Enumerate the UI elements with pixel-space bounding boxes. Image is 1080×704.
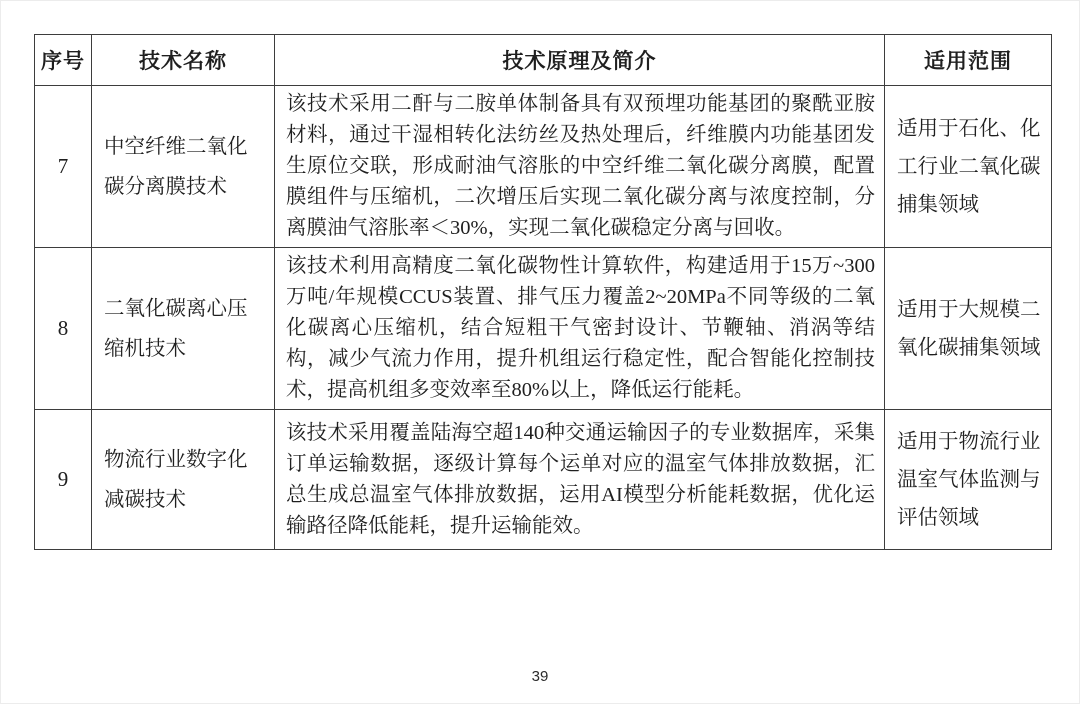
header-serial-number: 序号 [35,35,92,86]
header-technology-name: 技术名称 [92,35,275,86]
row7-serial-number: 7 [35,86,92,248]
page-number: 39 [1,668,1079,685]
row9-principle: 该技术采用覆盖陆海空超140种交通运输因子的专业数据库，采集订单运输数据，逐级计… [275,410,885,550]
document-page: 序号 技术名称 技术原理及简介 适用范围 7 中空纤维二氧化碳分离膜技术 该技术… [0,0,1080,704]
row7-principle: 该技术采用二酐与二胺单体制备具有双预埋功能基团的聚酰亚胺材料，通过干湿相转化法纺… [275,86,885,248]
row7-scope: 适用于石化、化工行业二氧化碳捕集领域 [885,86,1052,248]
row8-principle: 该技术利用高精度二氧化碳物性计算软件，构建适用于15万~300万吨/年规模CCU… [275,248,885,410]
table-row: 8 二氧化碳离心压缩机技术 该技术利用高精度二氧化碳物性计算软件，构建适用于15… [35,248,1052,410]
table-header-row: 序号 技术名称 技术原理及简介 适用范围 [35,35,1052,86]
row9-serial-number: 9 [35,410,92,550]
header-scope: 适用范围 [885,35,1052,86]
technology-table: 序号 技术名称 技术原理及简介 适用范围 7 中空纤维二氧化碳分离膜技术 该技术… [34,34,1052,550]
row9-scope: 适用于物流行业温室气体监测与评估领域 [885,410,1052,550]
table-row: 7 中空纤维二氧化碳分离膜技术 该技术采用二酐与二胺单体制备具有双预埋功能基团的… [35,86,1052,248]
row8-technology-name: 二氧化碳离心压缩机技术 [92,248,275,410]
row9-technology-name: 物流行业数字化减碳技术 [92,410,275,550]
row7-technology-name: 中空纤维二氧化碳分离膜技术 [92,86,275,248]
row8-scope: 适用于大规模二氧化碳捕集领域 [885,248,1052,410]
header-principle: 技术原理及简介 [275,35,885,86]
row8-serial-number: 8 [35,248,92,410]
table-row: 9 物流行业数字化减碳技术 该技术采用覆盖陆海空超140种交通运输因子的专业数据… [35,410,1052,550]
